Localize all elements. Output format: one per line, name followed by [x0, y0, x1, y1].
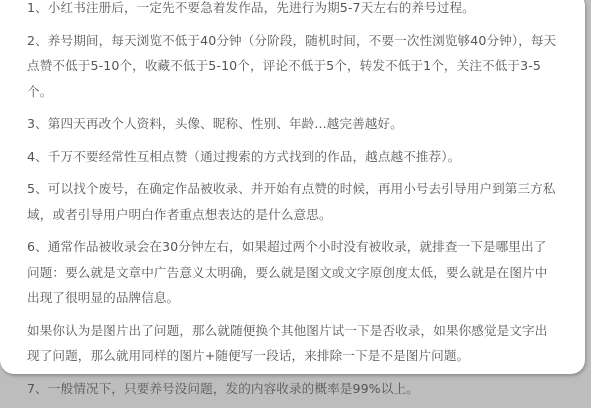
paragraph-1: 1、小红书注册后，一定先不要急着发作品，先进行为期5-7天左右的养号过程。 [27, 0, 557, 21]
paragraph-6: 6、通常作品被收录会在30分钟左右，如果超过两个小时没有被收录，就排查一下是哪里… [27, 234, 557, 311]
paragraph-7: 7、一般情况下，只要养号没问题，发的内容收录的概率是99%以上。 [27, 376, 557, 381]
article-body: 1、小红书注册后，一定先不要急着发作品，先进行为期5-7天左右的养号过程。 2、… [27, 0, 557, 380]
paragraph-5: 5、可以找个废号，在确定作品被收录、并开始有点赞的时候，再用小号去引导用户到第三… [27, 176, 557, 227]
paragraph-3: 3、第四天再改个人资料，头像、昵称、性别、年龄...越完善越好。 [27, 111, 557, 137]
article-card: 1、小红书注册后，一定先不要急着发作品，先进行为期5-7天左右的养号过程。 2、… [0, 0, 585, 374]
paragraph-6-note: 如果你认为是图片出了问题，那么就随便换个其他图片试一下是否收录，如果你感觉是文字… [27, 318, 557, 369]
paragraph-2: 2、养号期间，每天浏览不低于40分钟（分阶段，随机时间，不要一次性浏览够40分钟… [27, 28, 557, 105]
paragraph-4: 4、千万不要经常性互相点赞（通过搜索的方式找到的作品，越点越不推荐）。 [27, 144, 557, 170]
